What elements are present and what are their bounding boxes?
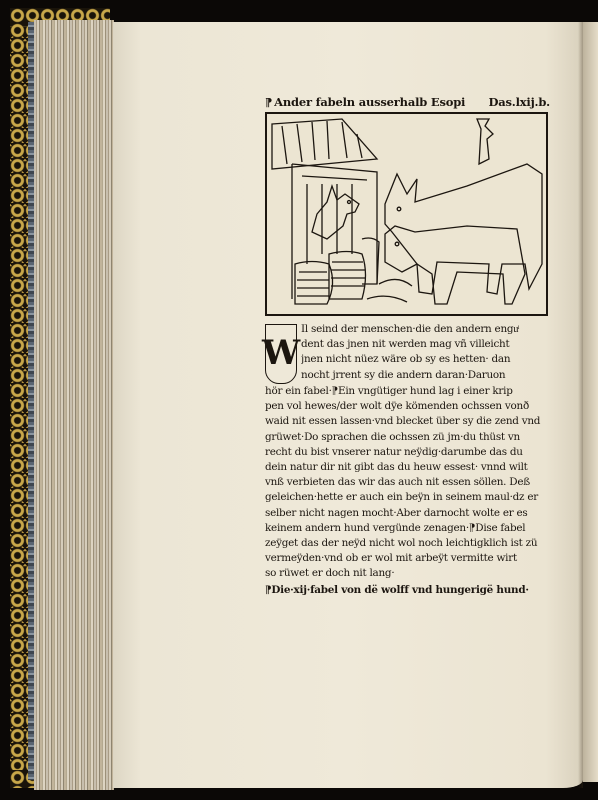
folio-number: Das.lxij.b. [488, 94, 550, 110]
page-text-block: ⁋Ander fabeln ausserhalb Esopi Das.lxij.… [265, 94, 550, 599]
text-line: keinem andern hund vergünde zenagen·⁋Dis… [265, 521, 550, 536]
paragraph-mark-icon: ⁋ [265, 95, 272, 109]
text-line: zeÿget das der neÿd nicht wol noch leich… [265, 536, 550, 551]
text-line: waid nit essen lassen·vnd blecket über s… [265, 414, 550, 429]
text-line: dein natur dir nit gibt das du heuw esse… [265, 460, 550, 475]
next-fable-title: ⁋Die·xij·fabel von dë wolff vnd hungerig… [265, 583, 550, 598]
facing-page-edge [583, 22, 598, 782]
text-line: vnß verbieten das wir das auch nit essen… [265, 475, 550, 490]
initial-lines: Il seind der menschen·die den andern eng… [301, 322, 550, 384]
text-line: pen vol hewes/der wolt dÿe kömenden ochs… [265, 399, 550, 414]
text-line: so rüwet er doch nit lang· [265, 566, 550, 581]
page-edges [34, 20, 114, 790]
text-line: hör ein fabel·⁋Ein vngütiger hund lag i … [265, 384, 550, 399]
text-line: selber nicht nagen mocht·Aber darnocht w… [265, 506, 550, 521]
text-line: vermeÿden·vnd ob er wol mit arbeÿt vermi… [265, 551, 550, 566]
fable-body-text: W Il seind der menschen·die den andern e… [265, 322, 550, 599]
text-line: Il seind der menschen·die den andern eng… [301, 322, 550, 337]
text-line: geleichen·hette er auch ein beÿn in sein… [265, 490, 550, 505]
gutter-shadow [578, 22, 583, 788]
initial-paragraph: W Il seind der menschen·die den andern e… [265, 322, 550, 384]
running-head: ⁋Ander fabeln ausserhalb Esopi Das.lxij.… [265, 94, 550, 110]
drop-cap-initial: W [265, 324, 297, 384]
text-line: nocht jrrent sy die andern daran·Daruon [301, 368, 550, 383]
text-line: grüwet·Do sprachen die ochssen zü jm·du … [265, 430, 550, 445]
text-line: dent das jnen nit werden mag vñ villeich… [301, 337, 550, 352]
running-head-left: ⁋Ander fabeln ausserhalb Esopi [265, 94, 465, 110]
woodcut-illustration [265, 112, 548, 316]
text-line: jnen nicht nüez wäre ob sy es hetten· da… [301, 352, 550, 367]
dog-in-manger-illustration-icon [267, 114, 546, 314]
text-line: recht du bist vnserer natur neÿdig·darum… [265, 445, 550, 460]
running-head-left-text: Ander fabeln ausserhalb Esopi [274, 95, 465, 109]
